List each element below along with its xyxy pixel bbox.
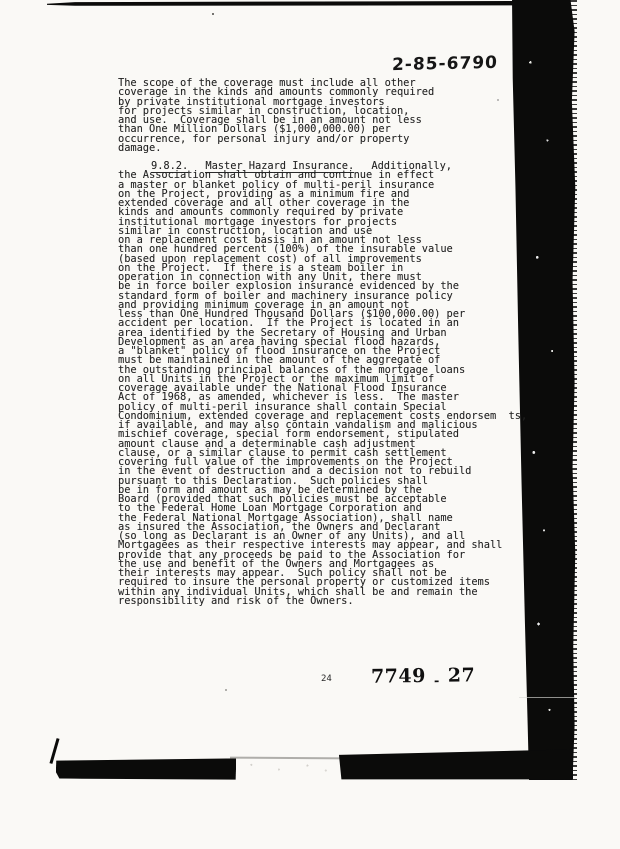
stamp-number: 7749 bbox=[371, 665, 426, 688]
scan-artifact-bottom-bar-right bbox=[339, 749, 573, 780]
handwritten-docket-number: 2-85-6790 bbox=[392, 53, 499, 75]
scan-artifact-bottom-bar-left bbox=[56, 756, 236, 782]
scan-artifact-top-line bbox=[47, 1, 513, 6]
section-body-text: the Association shall obtain and continu… bbox=[118, 171, 548, 606]
scan-speck bbox=[212, 13, 214, 15]
right-bar-crack bbox=[519, 697, 574, 698]
scanned-document-page: 2-85-6790 The scope of the coverage must… bbox=[0, 0, 620, 849]
scan-artifact-bottom-tick bbox=[49, 738, 59, 764]
document-text-column: The scope of the coverage must include a… bbox=[118, 79, 548, 606]
scan-speck bbox=[225, 689, 227, 691]
stamp-book-page-number: 7749-27 bbox=[371, 664, 476, 689]
stamp-page: 27 bbox=[448, 664, 476, 686]
typed-page-number: 24 bbox=[321, 674, 332, 684]
paragraph-coverage-scope: The scope of the coverage must include a… bbox=[118, 79, 548, 153]
scan-artifact-bottom-gap-speckle bbox=[236, 760, 338, 776]
stamp-separator: - bbox=[434, 674, 440, 689]
section-9-8-2: 9.8.2. Master Hazard Insurance. Addition… bbox=[118, 162, 548, 606]
scan-artifact-bottom-gap-line bbox=[230, 757, 345, 760]
